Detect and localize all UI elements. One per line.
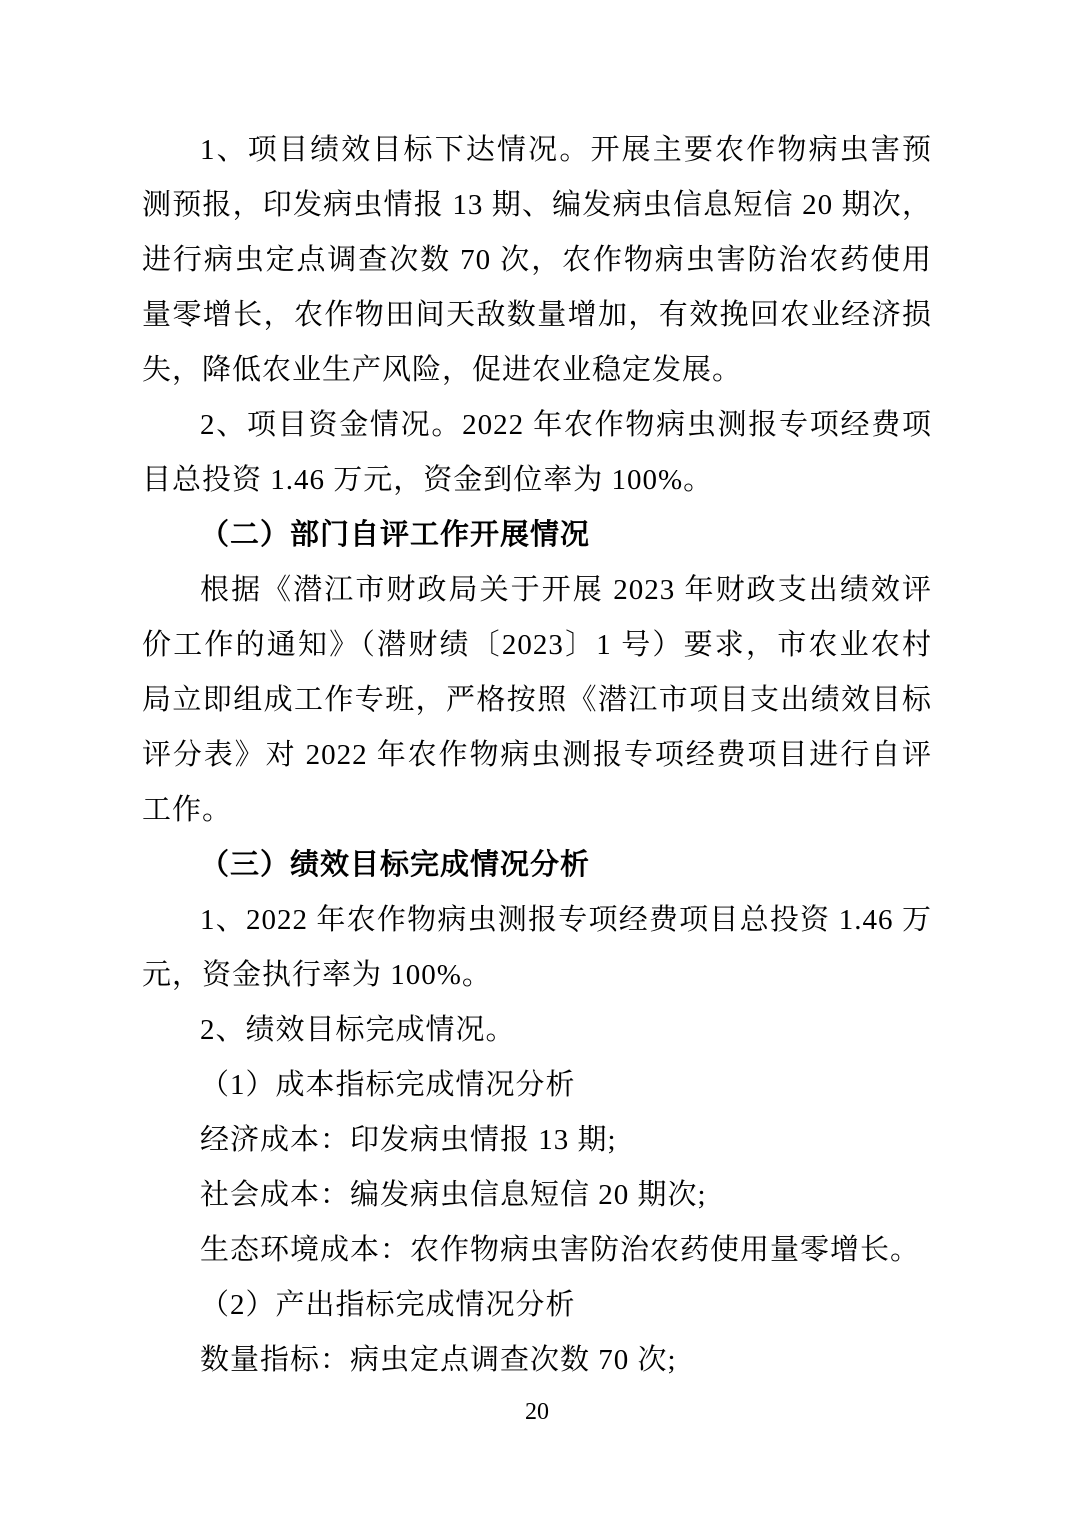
page-number: 20 (0, 1396, 1074, 1428)
para-self-eval-work: 根据《潜江市财政局关于开展 2023 年财政支出绩效评价工作的通知》（潜财绩〔2… (142, 563, 932, 838)
para-investment-execution: 1、2022 年农作物病虫测报专项经费项目总投资 1.46 万元，资金执行率为 … (142, 893, 932, 1003)
para-goal-completion: 2、绩效目标完成情况。 (142, 1003, 932, 1058)
para-economic-cost: 经济成本：印发病虫情报 13 期; (142, 1113, 932, 1168)
para-social-cost: 社会成本：编发病虫信息短信 20 期次; (142, 1168, 932, 1223)
para-project-funding: 2、项目资金情况。2022 年农作物病虫测报专项经费项目总投资 1.46 万元，… (142, 398, 932, 508)
para-eco-environment-cost: 生态环境成本：农作物病虫害防治农药使用量零增长。 (142, 1223, 932, 1278)
para-goal-issuance: 1、项目绩效目标下达情况。开展主要农作物病虫害预测预报，印发病虫情报 13 期、… (142, 123, 932, 398)
heading-section-two: （二）部门自评工作开展情况 (142, 508, 932, 563)
para-quantity-indicator: 数量指标：病虫定点调查次数 70 次; (142, 1333, 932, 1388)
heading-section-three: （三）绩效目标完成情况分析 (142, 838, 932, 893)
para-output-indicator-heading: （2）产出指标完成情况分析 (142, 1278, 932, 1333)
document-body: 1、项目绩效目标下达情况。开展主要农作物病虫害预测预报，印发病虫情报 13 期、… (142, 123, 932, 1388)
document-page: 1、项目绩效目标下达情况。开展主要农作物病虫害预测预报，印发病虫情报 13 期、… (0, 0, 1074, 1520)
para-cost-indicator-heading: （1）成本指标完成情况分析 (142, 1058, 932, 1113)
